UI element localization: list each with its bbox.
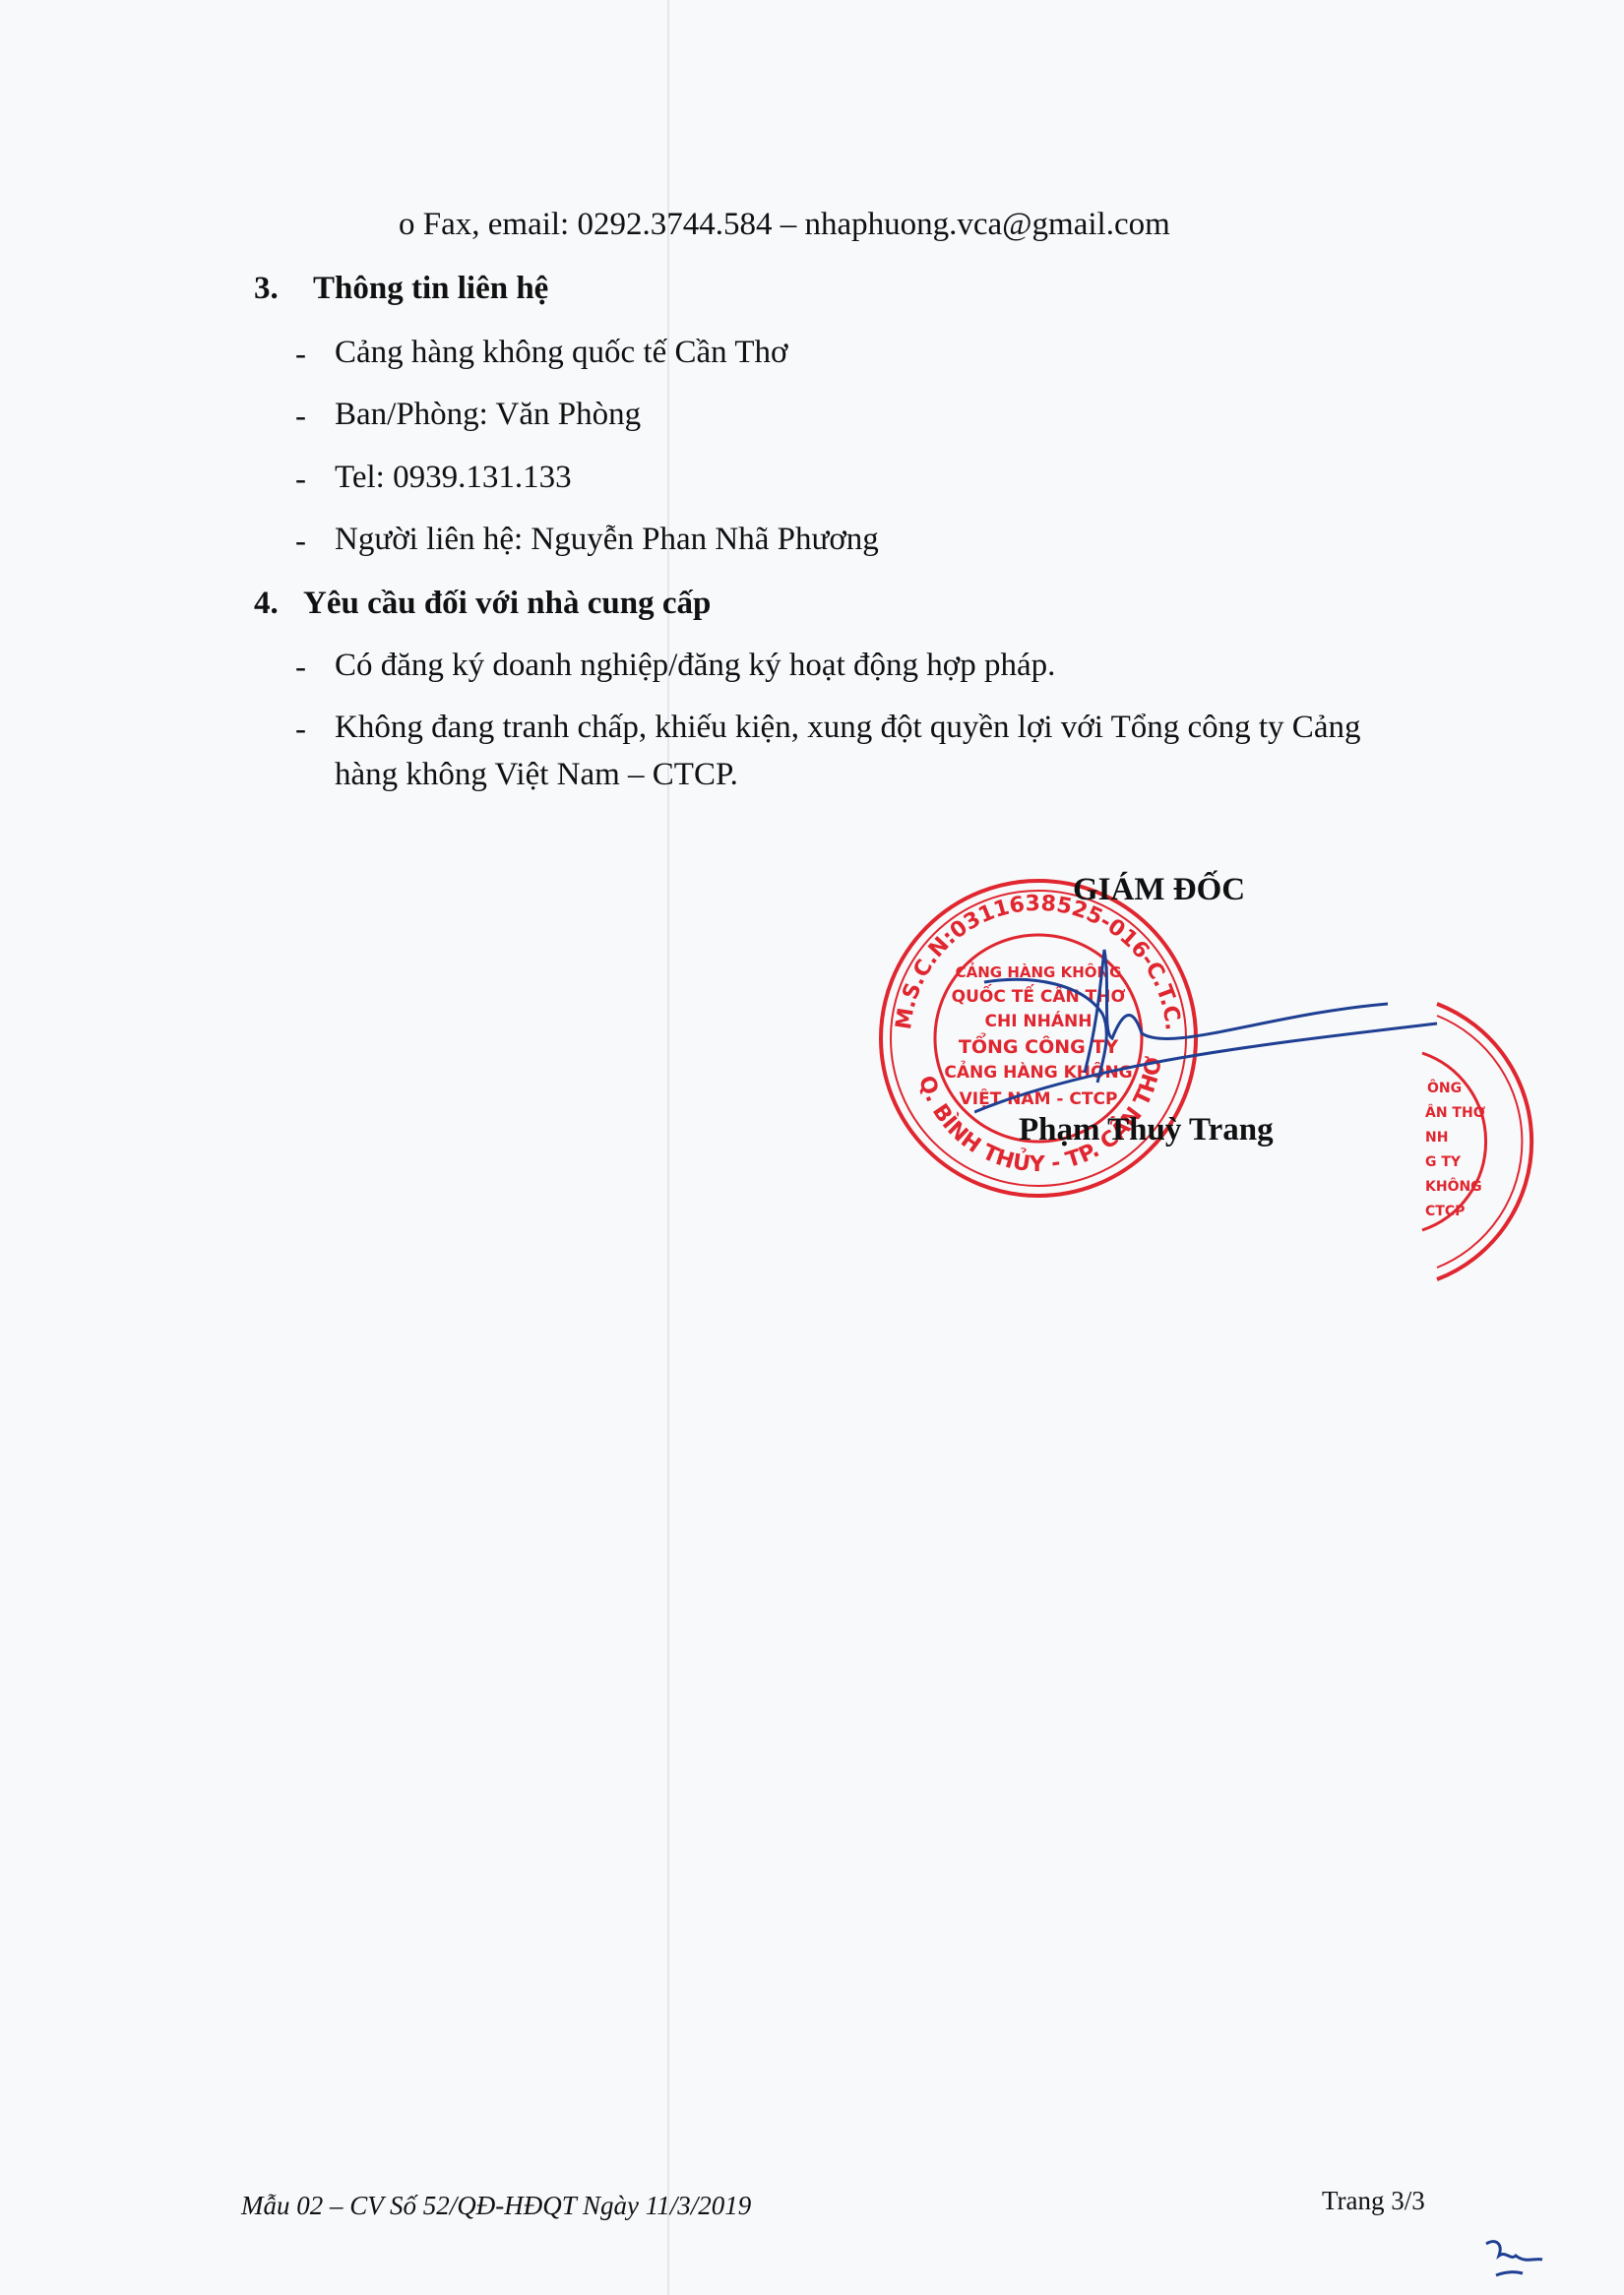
document-page: o Fax, email: 0292.3744.584 – nhaphuong.… [0,0,1624,2295]
signer-name: Phạm Thuỳ Trang [1019,1110,1274,1149]
section-3-number: 3. [254,269,279,308]
contact-department: Ban/Phòng: Văn Phòng [335,395,641,434]
svg-text:CTCP: CTCP [1425,1204,1465,1219]
requirement-no-dispute-line2: hàng không Việt Nam – CTCP. [335,755,738,794]
requirement-registration: Có đăng ký doanh nghiệp/đăng ký hoạt độn… [335,646,1055,685]
signature-title: GIÁM ĐỐC [1073,870,1245,909]
bullet-dash: - [295,648,306,687]
bullet-dash: - [295,710,306,749]
initials-mark [1481,2236,1550,2285]
bullet-dash: - [295,335,306,374]
page-number: Trang 3/3 [1322,2185,1425,2216]
section-3-title: Thông tin liên hệ [313,269,548,308]
contact-org: Cảng hàng không quốc tế Cần Thơ [335,333,787,372]
footer-form-reference: Mẫu 02 – CV Số 52/QĐ-HĐQT Ngày 11/3/2019 [241,2190,751,2221]
bullet-dash: - [295,522,306,561]
contact-tel: Tel: 0939.131.133 [335,458,572,497]
svg-text:G TY: G TY [1425,1154,1462,1170]
bullet-dash: - [295,460,306,499]
bullet-dash: - [295,397,306,436]
requirement-no-dispute-line1: Không đang tranh chấp, khiếu kiện, xung … [335,708,1360,747]
section-4-title: Yêu cầu đối với nhà cung cấp [303,584,711,623]
fax-email-line: o Fax, email: 0292.3744.584 – nhaphuong.… [399,205,1170,244]
svg-text:KHÔNG: KHÔNG [1425,1177,1482,1195]
contact-person: Người liên hệ: Nguyễn Phan Nhã Phương [335,520,879,559]
section-4-number: 4. [254,584,279,623]
